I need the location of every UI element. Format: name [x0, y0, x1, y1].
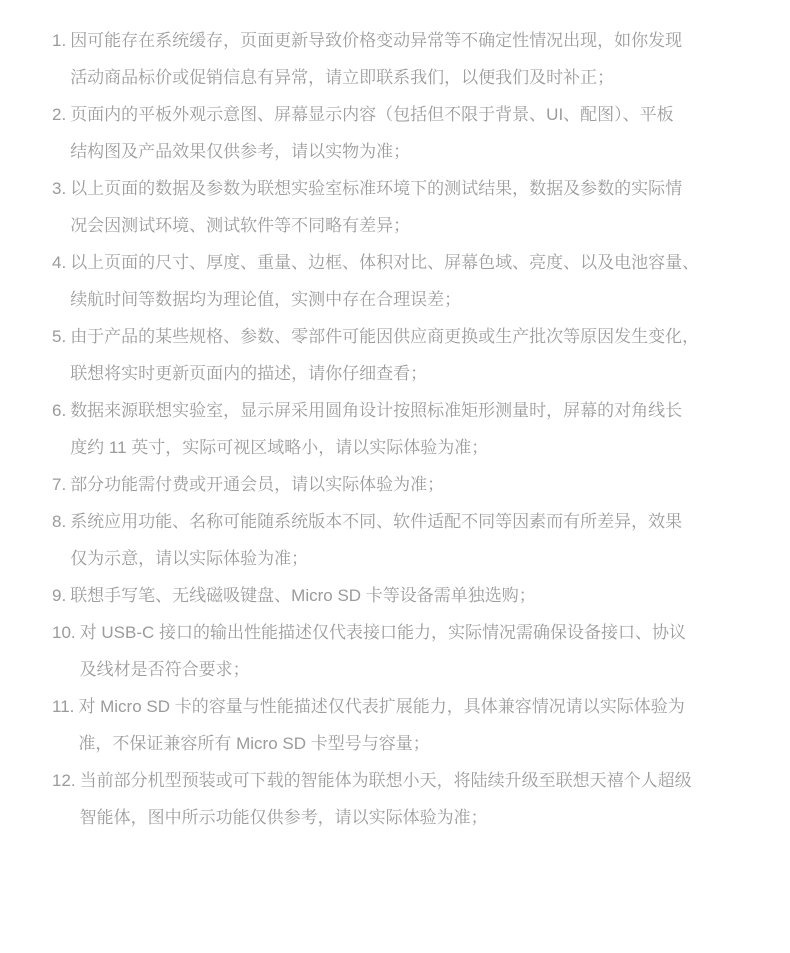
item-line: 活动商品标价或促销信息有异常，请立即联系我们，以便我们及时补正；: [70, 59, 750, 96]
item-line: 由于产品的某些规格、参数、零部件可能因供应商更换或生产批次等原因发生变化，: [70, 318, 750, 355]
item-text: 页面内的平板外观示意图、屏幕显示内容（包括但不限于背景、UI、配图）、平板 结构…: [70, 96, 750, 170]
item-number: 11.: [52, 688, 78, 725]
item-text: 部分功能需付费或开通会员，请以实际体验为准；: [70, 466, 750, 503]
item-text: 对 USB-C 接口的输出性能描述仅代表接口能力，实际情况需确保设备接口、协议 …: [80, 614, 750, 688]
item-number: 4.: [52, 244, 70, 281]
item-text: 因可能存在系统缓存，页面更新导致价格变动异常等不确定性情况出现，如你发现 活动商…: [70, 22, 750, 96]
item-line: 况会因测试环境、测试软件等不同略有差异；: [70, 207, 750, 244]
item-number: 7.: [52, 466, 70, 503]
item-line: 以上页面的尺寸、厚度、重量、边框、体积对比、屏幕色域、亮度、以及电池容量、: [70, 244, 750, 281]
item-number: 9.: [52, 577, 70, 614]
item-number: 8.: [52, 503, 70, 540]
disclaimer-item-12: 12. 当前部分机型预装或可下载的智能体为联想小天，将陆续升级至联想天禧个人超级…: [52, 762, 750, 836]
disclaimer-item-5: 5. 由于产品的某些规格、参数、零部件可能因供应商更换或生产批次等原因发生变化，…: [52, 318, 750, 392]
item-text: 联想手写笔、无线磁吸键盘、Micro SD 卡等设备需单独选购；: [70, 577, 750, 614]
item-number: 5.: [52, 318, 70, 355]
item-line: 续航时间等数据均为理论值，实测中存在合理误差；: [70, 281, 750, 318]
disclaimer-item-8: 8. 系统应用功能、名称可能随系统版本不同、软件适配不同等因素而有所差异，效果 …: [52, 503, 750, 577]
item-text: 由于产品的某些规格、参数、零部件可能因供应商更换或生产批次等原因发生变化， 联想…: [70, 318, 750, 392]
item-number: 2.: [52, 96, 70, 133]
item-text: 数据来源联想实验室，显示屏采用圆角设计按照标准矩形测量时，屏幕的对角线长 度约 …: [70, 392, 750, 466]
item-text: 以上页面的数据及参数为联想实验室标准环境下的测试结果，数据及参数的实际情 况会因…: [70, 170, 750, 244]
disclaimer-item-4: 4. 以上页面的尺寸、厚度、重量、边框、体积对比、屏幕色域、亮度、以及电池容量、…: [52, 244, 750, 318]
disclaimer-item-7: 7. 部分功能需付费或开通会员，请以实际体验为准；: [52, 466, 750, 503]
disclaimer-page: 1. 因可能存在系统缓存，页面更新导致价格变动异常等不确定性情况出现，如你发现 …: [0, 0, 790, 953]
item-line: 及线材是否符合要求；: [80, 651, 750, 688]
item-line: 页面内的平板外观示意图、屏幕显示内容（包括但不限于背景、UI、配图）、平板: [70, 96, 750, 133]
disclaimer-item-1: 1. 因可能存在系统缓存，页面更新导致价格变动异常等不确定性情况出现，如你发现 …: [52, 22, 750, 96]
disclaimer-item-3: 3. 以上页面的数据及参数为联想实验室标准环境下的测试结果，数据及参数的实际情 …: [52, 170, 750, 244]
item-number: 3.: [52, 170, 70, 207]
item-line: 结构图及产品效果仅供参考，请以实物为准；: [70, 133, 750, 170]
item-text: 系统应用功能、名称可能随系统版本不同、软件适配不同等因素而有所差异，效果 仅为示…: [70, 503, 750, 577]
item-line: 智能体，图中所示功能仅供参考，请以实际体验为准；: [80, 799, 750, 836]
item-number: 10.: [52, 614, 80, 651]
disclaimer-item-6: 6. 数据来源联想实验室，显示屏采用圆角设计按照标准矩形测量时，屏幕的对角线长 …: [52, 392, 750, 466]
item-number: 12.: [52, 762, 80, 799]
item-line: 系统应用功能、名称可能随系统版本不同、软件适配不同等因素而有所差异，效果: [70, 503, 750, 540]
item-line: 数据来源联想实验室，显示屏采用圆角设计按照标准矩形测量时，屏幕的对角线长: [70, 392, 750, 429]
disclaimer-list: 1. 因可能存在系统缓存，页面更新导致价格变动异常等不确定性情况出现，如你发现 …: [52, 22, 750, 836]
item-line: 仅为示意，请以实际体验为准；: [70, 540, 750, 577]
item-line: 当前部分机型预装或可下载的智能体为联想小天，将陆续升级至联想天禧个人超级: [80, 762, 750, 799]
item-text: 当前部分机型预装或可下载的智能体为联想小天，将陆续升级至联想天禧个人超级 智能体…: [80, 762, 750, 836]
item-line: 联想手写笔、无线磁吸键盘、Micro SD 卡等设备需单独选购；: [70, 577, 750, 614]
item-number: 6.: [52, 392, 70, 429]
item-line: 对 USB-C 接口的输出性能描述仅代表接口能力，实际情况需确保设备接口、协议: [80, 614, 750, 651]
disclaimer-item-10: 10. 对 USB-C 接口的输出性能描述仅代表接口能力，实际情况需确保设备接口…: [52, 614, 750, 688]
item-number: 1.: [52, 22, 70, 59]
disclaimer-item-9: 9. 联想手写笔、无线磁吸键盘、Micro SD 卡等设备需单独选购；: [52, 577, 750, 614]
disclaimer-item-11: 11. 对 Micro SD 卡的容量与性能描述仅代表扩展能力，具体兼容情况请以…: [52, 688, 750, 762]
item-text: 对 Micro SD 卡的容量与性能描述仅代表扩展能力，具体兼容情况请以实际体验…: [78, 688, 750, 762]
item-line: 对 Micro SD 卡的容量与性能描述仅代表扩展能力，具体兼容情况请以实际体验…: [78, 688, 750, 725]
disclaimer-item-2: 2. 页面内的平板外观示意图、屏幕显示内容（包括但不限于背景、UI、配图）、平板…: [52, 96, 750, 170]
item-line: 联想将实时更新页面内的描述，请你仔细查看；: [70, 355, 750, 392]
item-line: 因可能存在系统缓存，页面更新导致价格变动异常等不确定性情况出现，如你发现: [70, 22, 750, 59]
item-line: 部分功能需付费或开通会员，请以实际体验为准；: [70, 466, 750, 503]
item-line: 准，不保证兼容所有 Micro SD 卡型号与容量；: [78, 725, 750, 762]
item-line: 以上页面的数据及参数为联想实验室标准环境下的测试结果，数据及参数的实际情: [70, 170, 750, 207]
item-line: 度约 11 英寸，实际可视区域略小，请以实际体验为准；: [70, 429, 750, 466]
item-text: 以上页面的尺寸、厚度、重量、边框、体积对比、屏幕色域、亮度、以及电池容量、 续航…: [70, 244, 750, 318]
